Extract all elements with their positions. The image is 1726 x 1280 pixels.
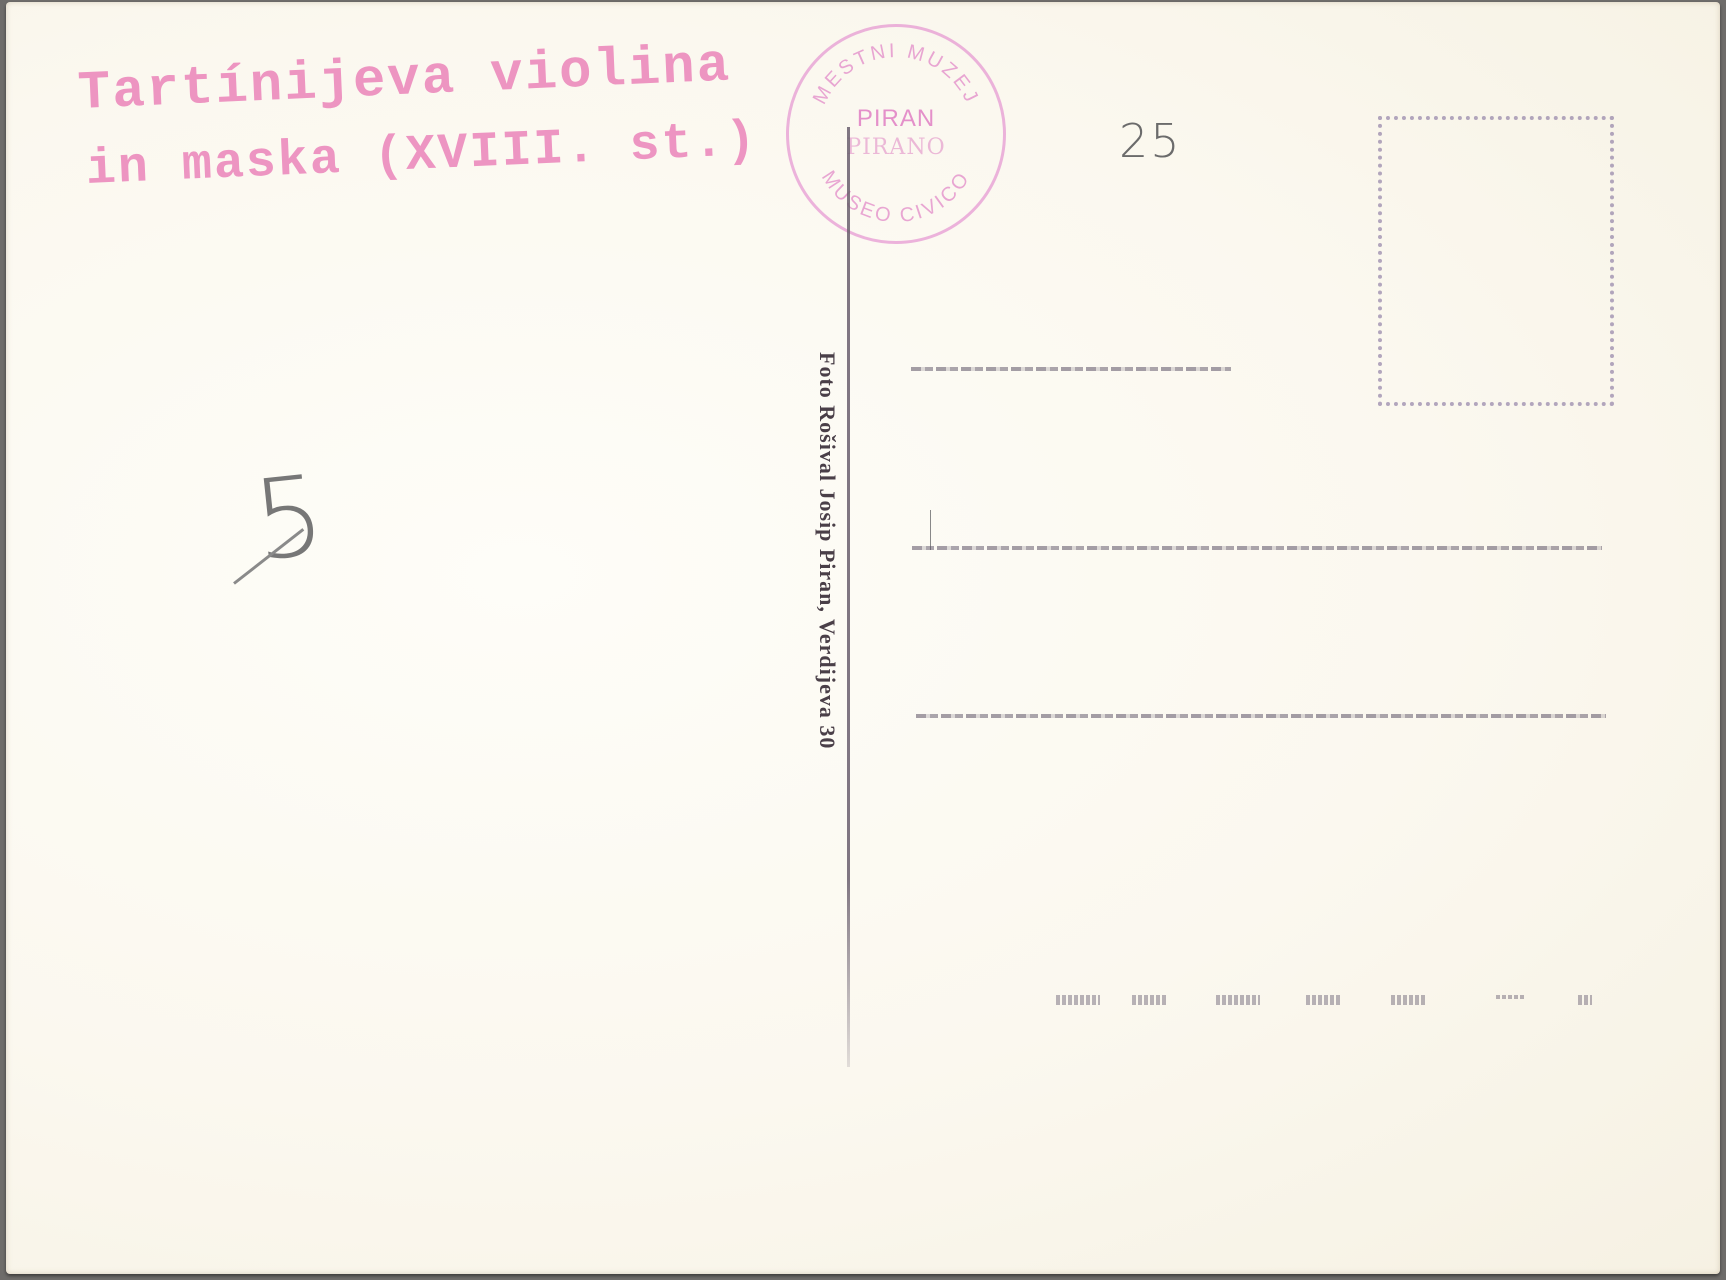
stamp-ring-text-icon: MESTNI MUZEJ MUSEO CIVICO <box>789 27 1003 241</box>
postcard-back: Tartínijeva violina in maska (XVIII. st.… <box>6 2 1720 1274</box>
museum-stamp: MESTNI MUZEJ MUSEO CIVICO PIRAN PIRANO <box>786 24 1006 244</box>
postage-stamp-box <box>1378 116 1614 406</box>
handwritten-number-25: 25 <box>1119 114 1182 168</box>
stamp-arc-top: MESTNI MUZEJ <box>809 40 983 108</box>
address-line-2 <box>912 546 1602 550</box>
svg-text:MESTNI MUZEJ: MESTNI MUZEJ <box>809 40 983 108</box>
caption-line-1: Tartínijeva violina <box>77 36 733 125</box>
stamp-arc-bottom: MUSEO CIVICO <box>817 167 975 227</box>
caption-line-2: in maska (XVIII. st.) <box>85 113 759 199</box>
stamp-center-pirano: PIRANO <box>789 135 1003 160</box>
stamp-center-piran: PIRAN <box>789 105 1003 133</box>
address-line-1 <box>911 367 1231 371</box>
address-line-3 <box>916 714 1606 718</box>
pencil-tick-mark <box>930 510 931 550</box>
center-divider <box>847 127 850 1067</box>
photographer-credit: Foto Rošival Josip Piran, Verdijeva 30 <box>814 352 840 749</box>
svg-text:MUSEO CIVICO: MUSEO CIVICO <box>817 167 975 227</box>
